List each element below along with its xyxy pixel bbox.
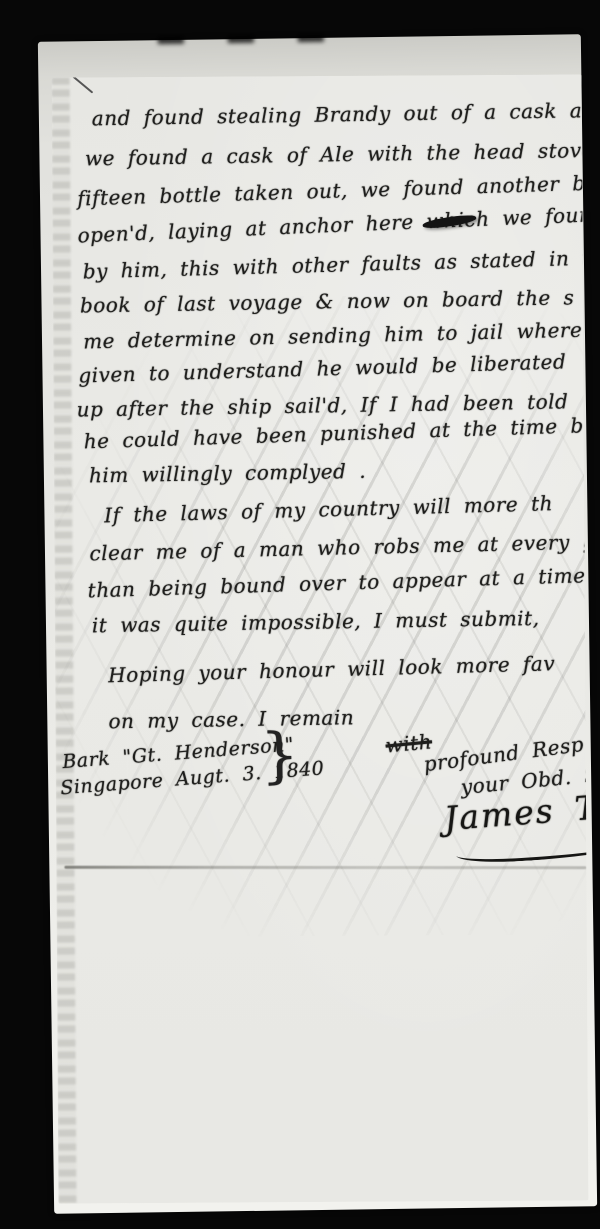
scan-background: { "colors": { "background": "#070707", "… (0, 0, 600, 1229)
pen-mark (72, 75, 93, 93)
handwriting-line: by him, this with other faults as stated… (82, 245, 588, 283)
handwriting-line: than being bound over to appear at a tim… (87, 563, 586, 602)
letter-page: and found stealing Brandy out of a cask … (52, 74, 589, 1203)
signature-flourish (456, 837, 588, 864)
handwriting-line: fifteen bottle taken out, we found anoth… (77, 171, 586, 211)
handwriting-line: we found a cask of Ale with the head sto… (85, 138, 589, 171)
scan-stage: and found stealing Brandy out of a cask … (0, 0, 600, 1229)
dateline-brace: } (260, 720, 300, 791)
handwriting-line: me determine on sending him to jail wher… (83, 318, 583, 354)
dateline-block: Bark "Gt. Henderson" Singapore Augt. 3. … (58, 730, 343, 821)
handwriting-line: given to understand he would be liberate… (78, 349, 566, 387)
handwriting-line: it was quite impossible, I must submit, (92, 606, 540, 637)
handwriting-line: If the laws of my country will more th (104, 491, 553, 527)
handwriting-line: on my case. I remain (108, 705, 354, 733)
handwriting-line: book of last voyage & now on board the s (80, 285, 575, 317)
handwriting-line: Hoping your honour will look more fav (108, 651, 556, 687)
handwriting-line: and found stealing Brandy out of a cask … (92, 97, 589, 130)
handwriting-line: clear me of a man who robs me at every g (89, 529, 588, 565)
handwriting-line: him willingly complyed . (89, 459, 366, 488)
fold-crease (64, 866, 586, 869)
